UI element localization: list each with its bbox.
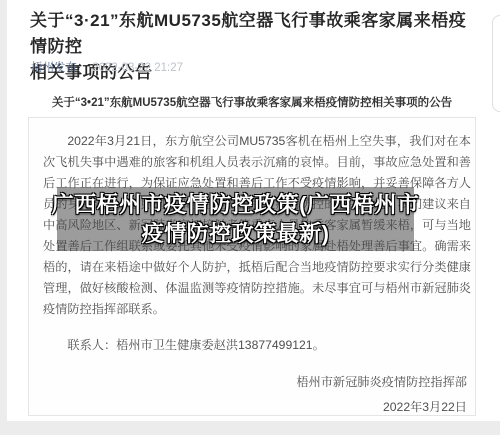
page-title-line1: 关于“3·21”东航MU5735航空器飞行事故乘客家属来梧疫情防控 bbox=[30, 8, 480, 60]
contact-line: 联系人：梧州市卫生健康委赵洪13877499121。 bbox=[43, 335, 471, 356]
signature-date: 2022年3月22日 bbox=[43, 395, 467, 416]
watermark-line2: 疫情防控政策最新) bbox=[142, 219, 330, 248]
publish-timestamp: 2022-03-22 21:27 bbox=[92, 62, 183, 74]
watermark-overlay: 广西梧州市疫情防控政策(广西梧州市 疫情防控政策最新) bbox=[57, 187, 414, 251]
watermark-line1: 广西梧州市疫情防控政策(广西梧州市 bbox=[52, 190, 420, 219]
signature-block: 梧州市新冠肺炎疫情防控指挥部 2022年3月22日 bbox=[43, 370, 471, 416]
announcement-box: 2022年3月21日，东方航空公司MU5735客机在梧州上空失事，我们对在本次飞… bbox=[28, 117, 476, 416]
adjacent-card-edge bbox=[492, 15, 500, 112]
article-meta: 梧州发布 2022-03-22 21:27 bbox=[31, 59, 183, 75]
signature-org: 梧州市新冠肺炎疫情防控指挥部 bbox=[43, 370, 467, 395]
source-link[interactable]: 梧州发布 bbox=[31, 62, 77, 74]
announcement-heading: 关于“3•21”东航MU5735航空器飞行事故乘客家属来梧疫情防控相关事项的公告 bbox=[28, 94, 476, 110]
